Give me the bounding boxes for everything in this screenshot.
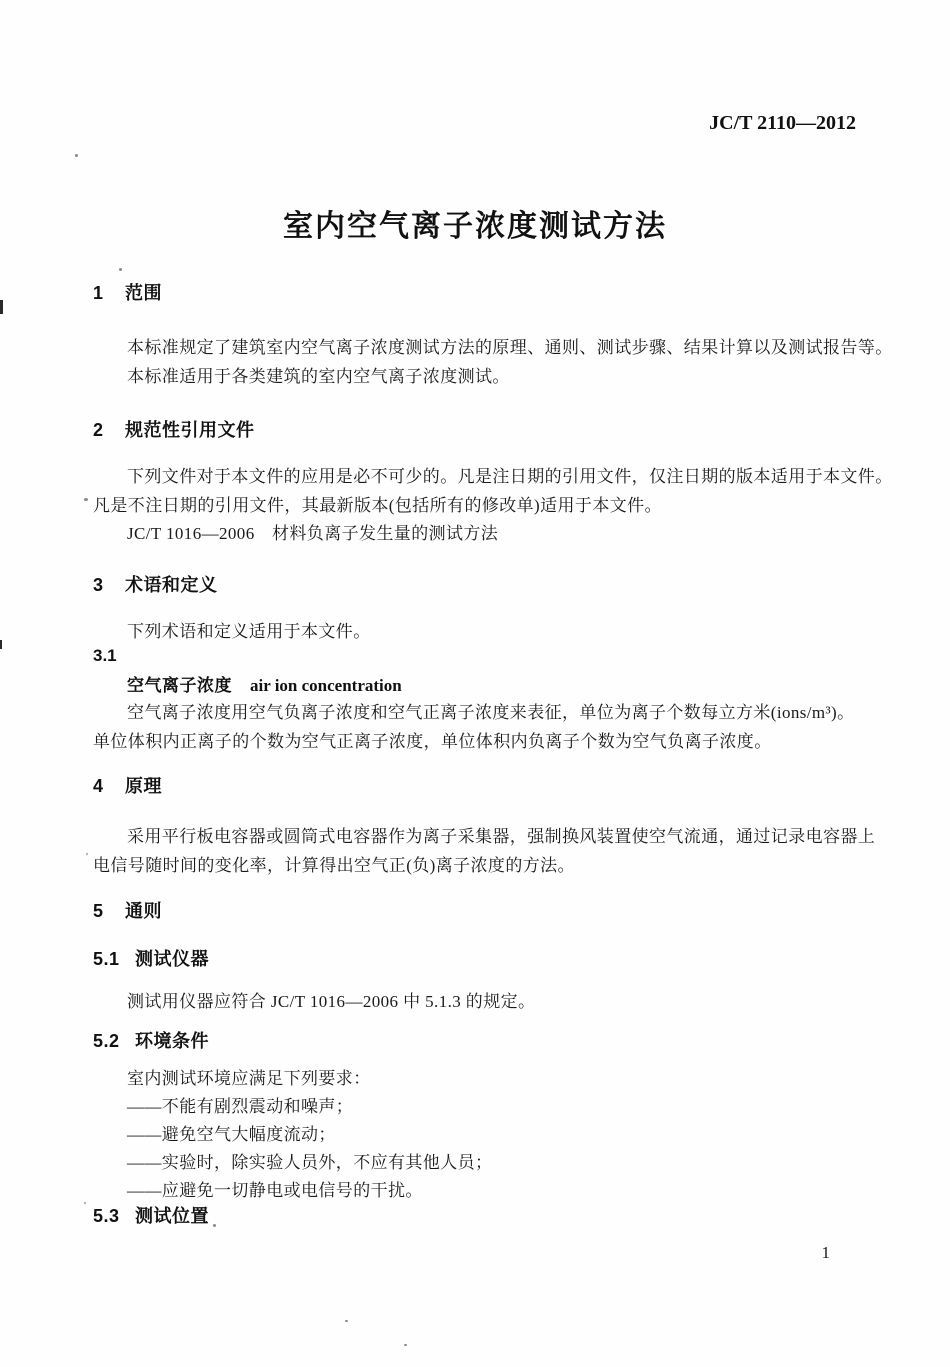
section-4-paragraph-line-1: 采用平行板电容器或圆筒式电容器作为离子采集器，强制换风装置使空气流通，通过记录电… bbox=[93, 822, 909, 851]
section-number: 1 bbox=[93, 283, 111, 304]
section-title: 术语和定义 bbox=[125, 575, 218, 595]
list-item: ——应避免一切静电或电信号的干扰。 bbox=[93, 1176, 909, 1205]
section-1-paragraph-1: 本标准规定了建筑室内空气离子浓度测试方法的原理、通则、测试步骤、结果计算以及测试… bbox=[93, 333, 909, 362]
doc-code: JC/T 2110—2012 bbox=[709, 112, 856, 135]
section-number: 3 bbox=[93, 575, 111, 596]
section-3-heading: 3术语和定义 bbox=[93, 571, 875, 597]
section-2-paragraph-line-2: 凡是不注日期的引用文件，其最新版本(包括所有的修改单)适用于本文件。 bbox=[93, 491, 875, 520]
section-number: 5.1 bbox=[93, 949, 123, 970]
section-3-intro: 下列术语和定义适用于本文件。 bbox=[93, 617, 909, 646]
section-number: 5 bbox=[93, 901, 111, 922]
definition-line-1: 空气离子浓度用空气负离子浓度和空气正离子浓度来表征，单位为离子个数每立方米(io… bbox=[93, 698, 909, 727]
term-definition-line: 空气离子浓度air ion concentration bbox=[93, 671, 909, 696]
list-item: ——不能有剧烈震动和噪声； bbox=[93, 1092, 909, 1121]
scan-speck: ' bbox=[84, 1200, 86, 1212]
list-item: ——避免空气大幅度流动； bbox=[93, 1120, 909, 1149]
scan-edge-mark bbox=[0, 640, 2, 649]
definition-line-2: 单位体积内正离子的个数为空气正离子浓度，单位体积内负离子个数为空气负离子浓度。 bbox=[93, 727, 875, 756]
scan-speck bbox=[213, 1224, 216, 1227]
section-2-reference: JC/T 1016—2006 材料负离子发生量的测试方法 bbox=[93, 519, 909, 548]
term-english: air ion concentration bbox=[250, 676, 402, 695]
section-title: 原理 bbox=[125, 776, 162, 796]
section-5-1-heading: 5.1测试仪器 bbox=[93, 945, 875, 971]
section-title: 测试位置 bbox=[135, 1206, 209, 1226]
section-1-paragraph-2: 本标准适用于各类建筑的室内空气离子浓度测试。 bbox=[93, 362, 909, 391]
section-1-heading: 1范围 bbox=[93, 279, 875, 305]
section-2-heading: 2规范性引用文件 bbox=[93, 416, 875, 442]
scan-edge-mark bbox=[0, 300, 3, 314]
section-4-paragraph-line-2: 电信号随时间的变化率，计算得出空气正(负)离子浓度的方法。 bbox=[93, 851, 875, 880]
scan-speck bbox=[119, 268, 122, 271]
section-title: 测试仪器 bbox=[135, 949, 209, 969]
list-item: ——实验时，除实验人员外，不应有其他人员； bbox=[93, 1148, 909, 1177]
scan-speck bbox=[404, 1344, 407, 1346]
section-title: 范围 bbox=[125, 283, 162, 303]
section-2-paragraph-line-1: 下列文件对于本文件的应用是必不可少的。凡是注日期的引用文件，仅注日期的版本适用于… bbox=[93, 462, 909, 491]
section-number: 5.2 bbox=[93, 1031, 123, 1052]
section-5-2-heading: 5.2环境条件 bbox=[93, 1027, 875, 1053]
section-4-heading: 4原理 bbox=[93, 772, 875, 798]
scan-speck bbox=[84, 498, 88, 501]
section-title: 规范性引用文件 bbox=[125, 420, 255, 440]
section-number: 2 bbox=[93, 420, 111, 441]
document-page: JC/T 2110—2012 室内空气离子浓度测试方法 1范围 本标准规定了建筑… bbox=[0, 0, 950, 1367]
section-title: 环境条件 bbox=[135, 1031, 209, 1051]
page-title: 室内空气离子浓度测试方法 bbox=[0, 201, 950, 245]
section-5-3-heading: 5.3测试位置 bbox=[93, 1202, 875, 1228]
section-title: 通则 bbox=[125, 901, 162, 921]
scan-speck bbox=[345, 1320, 348, 1322]
section-number: 4 bbox=[93, 776, 111, 797]
section-5-heading: 5通则 bbox=[93, 897, 875, 923]
scan-speck: ' bbox=[86, 851, 88, 863]
clause-3-1-number: 3.1 bbox=[93, 646, 875, 666]
section-5-2-intro: 室内测试环境应满足下列要求： bbox=[93, 1064, 909, 1093]
section-number: 5.3 bbox=[93, 1206, 123, 1227]
section-5-1-paragraph: 测试用仪器应符合 JC/T 1016—2006 中 5.1.3 的规定。 bbox=[93, 987, 909, 1016]
page-number: 1 bbox=[822, 1243, 831, 1263]
scan-speck bbox=[75, 154, 78, 157]
term-chinese: 空气离子浓度 bbox=[127, 676, 232, 695]
